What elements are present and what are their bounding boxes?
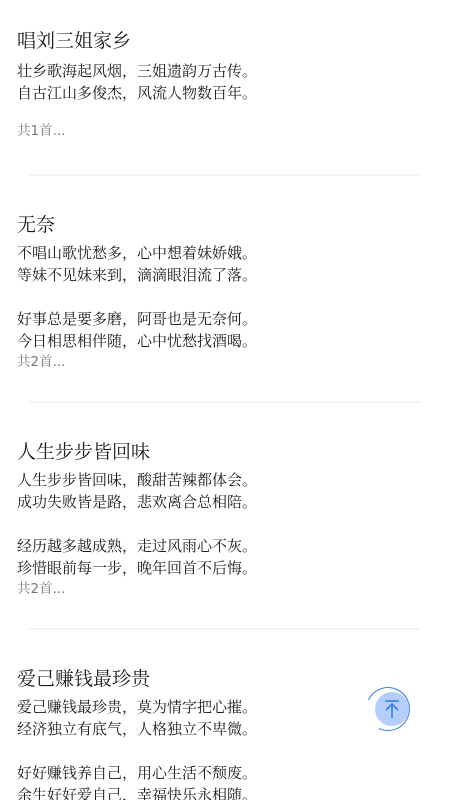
poem-line: 人生步步皆回味，酸甜苦辣都体会。: [17, 469, 437, 491]
poem-card[interactable]: 人生步步皆回味 人生步步皆回味，酸甜苦辣都体会。 成功失败皆是路，悲欢离合总相陪…: [17, 440, 437, 599]
poem-title: 无奈: [17, 213, 437, 237]
poem-card[interactable]: 无奈 不唱山歌忧愁多，心中想着妹娇娥。 等妹不见妹来到，滴滴眼泪流了落。 好事总…: [17, 213, 437, 372]
divider: [29, 401, 420, 403]
poem-title: 唱刘三姐家乡: [17, 29, 437, 53]
poem-line: 好好赚钱养自己，用心生活不颓废。: [17, 762, 437, 784]
poem-card[interactable]: 唱刘三姐家乡 壮乡歌海起风烟，三姐遗韵万古传。 自古江山多俊杰，风流人物数百年。…: [17, 29, 437, 141]
back-to-top-fill[interactable]: [375, 692, 409, 726]
poem-title: 爱己赚钱最珍贵: [17, 667, 437, 691]
poem-count: 共1首...: [17, 121, 437, 141]
poem-line: 等妹不见妹来到，滴滴眼泪流了落。: [17, 264, 437, 286]
poem-card[interactable]: 爱己赚钱最珍贵 爱己赚钱最珍贵，莫为情字把心摧。 经济独立有底气，人格独立不卑微…: [17, 667, 437, 800]
poem-line: 余生好好爱自己，幸福快乐永相随。: [17, 784, 437, 800]
poem-line: 今日相思相伴随，心中忧愁找酒喝。: [17, 330, 437, 352]
poem-count: 共2首...: [17, 352, 437, 372]
poem-line: 不唱山歌忧愁多，心中想着妹娇娥。: [17, 242, 437, 264]
poem-line: 壮乡歌海起风烟，三姐遗韵万古传。: [17, 60, 437, 82]
divider: [29, 174, 420, 176]
poem-line: 自古江山多俊杰，风流人物数百年。: [17, 82, 437, 104]
divider: [29, 628, 420, 630]
poem-line: 成功失败皆是路，悲欢离合总相陪。: [17, 491, 437, 513]
poem-title: 人生步步皆回味: [17, 440, 437, 464]
poem-line: 好事总是要多磨，阿哥也是无奈何。: [17, 308, 437, 330]
poem-count: 共2首...: [17, 579, 437, 599]
arrow-up-to-top-icon: [381, 698, 403, 720]
poem-line: 经历越多越成熟，走过风雨心不灰。: [17, 535, 437, 557]
poem-line: 珍惜眼前每一步，晚年回首不后悔。: [17, 557, 437, 579]
